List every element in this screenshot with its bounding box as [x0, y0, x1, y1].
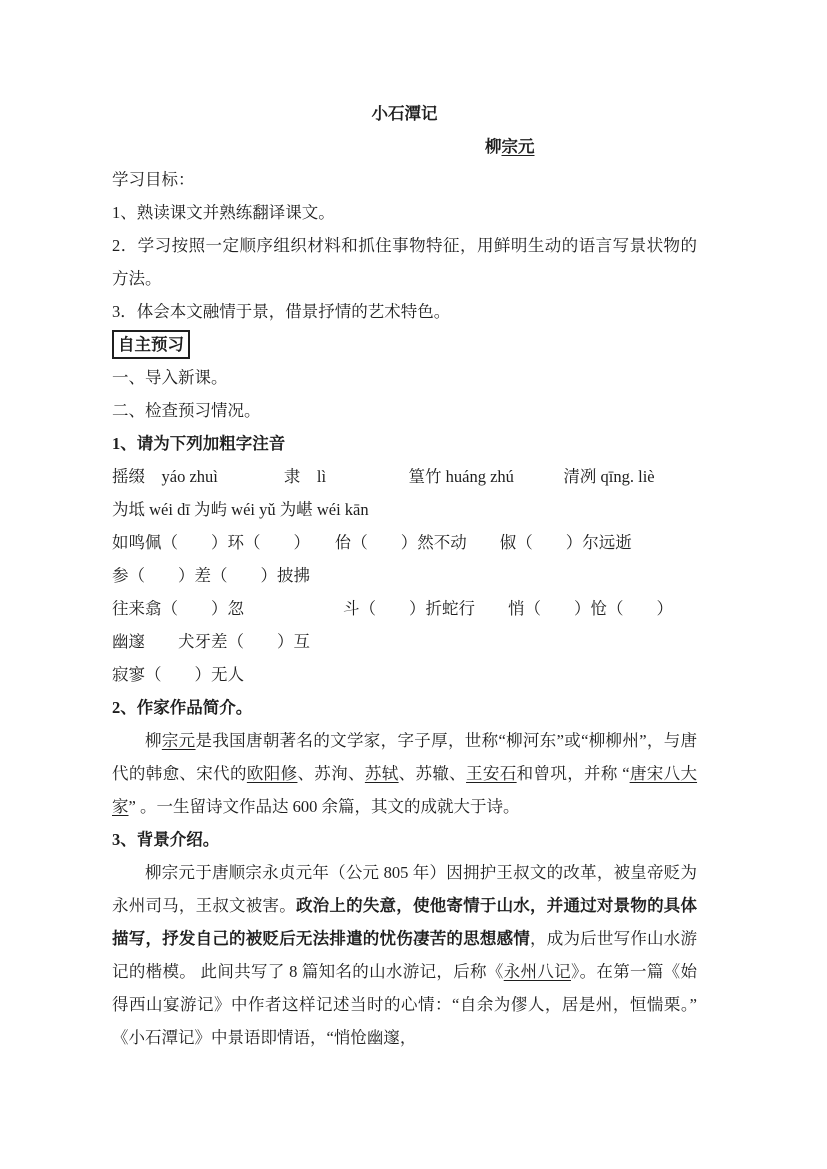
blank-line-4-run-0: 幽邃 犬牙差（ ）互	[112, 632, 310, 651]
objective-1: 1、熟读课文并熟练翻译课文。	[112, 196, 697, 229]
self-study-heading: 自主预习	[112, 328, 697, 361]
author-line: 柳宗元	[112, 130, 697, 163]
background-heading-run-0: 3、背景介绍。	[112, 830, 219, 849]
objectives-heading: 学习目标：	[112, 163, 697, 196]
author-intro-para-run-10: ” 。一生留诗文作品达 600 余篇，其文的成就大于诗。	[129, 797, 520, 816]
blank-line-1: 如鸣佩（ ）环（ ） 佁（ ）然不动 俶（ ）尔远逝	[112, 526, 697, 559]
blank-line-5: 寂寥（ ）无人	[112, 658, 697, 691]
author-intro-para-run-3: 欧阳修	[247, 764, 298, 783]
pinyin-line-2: 为坻 wéi dī 为屿 wéi yǔ 为嵁 wéi kān	[112, 493, 697, 526]
document-content: 小石潭记柳宗元学习目标：1、熟读课文并熟练翻译课文。2．学习按照一定顺序组织材料…	[112, 97, 697, 1054]
author-intro-para-run-0: 柳	[145, 731, 162, 750]
blank-line-5-run-0: 寂寥（ ）无人	[112, 665, 244, 684]
author-intro-para-run-4: 、苏洵、	[297, 764, 364, 783]
step-1: 一、导入新课。	[112, 361, 697, 394]
author-intro-para: 柳宗元是我国唐朝著名的文学家，字子厚，世称“柳河东”或“柳柳州”，与唐代的韩愈、…	[112, 724, 697, 823]
blank-line-2-run-0: 参（ ）差（ ）披拂	[112, 566, 310, 585]
objective-1-run-0: 1、熟读课文并熟练翻译课文。	[112, 203, 335, 222]
self-study-heading-run-0: 自主预习	[112, 330, 190, 359]
blank-line-3-run-0: 往来翕（ ）忽 斗（ ）折蛇行 悄（ ）怆（ ）	[112, 599, 673, 618]
blank-line-4: 幽邃 犬牙差（ ）互	[112, 625, 697, 658]
author-line-run-1: 宗元	[502, 137, 535, 156]
document-page: 小石潭记柳宗元学习目标：1、熟读课文并熟练翻译课文。2．学习按照一定顺序组织材料…	[0, 0, 827, 1169]
objective-3: 3．体会本文融情于景，借景抒情的艺术特色。	[112, 295, 697, 328]
author-intro-para-run-8: 和曾巩，并称 “	[517, 764, 630, 783]
author-intro-heading-run-0: 2、作家作品简介。	[112, 698, 252, 717]
pinyin-heading-run-0: 1、请为下列加粗字注音	[112, 434, 285, 453]
doc-title: 小石潭记	[112, 97, 697, 130]
pinyin-line-1: 摇缀 yáo zhuì 隶 lì 篁竹 huáng zhú 清冽 qīng. l…	[112, 460, 697, 493]
objective-2: 2．学习按照一定顺序组织材料和抓住事物特征，用鲜明生动的语言写景状物的方法。	[112, 229, 697, 295]
background-para-run-3: 永州八记	[504, 962, 571, 981]
pinyin-heading: 1、请为下列加粗字注音	[112, 427, 697, 460]
blank-line-2: 参（ ）差（ ）披拂	[112, 559, 697, 592]
step-1-run-0: 一、导入新课。	[112, 368, 228, 387]
step-2: 二、检查预习情况。	[112, 394, 697, 427]
author-line-run-0: 柳	[485, 137, 502, 156]
author-intro-para-run-7: 王安石	[466, 764, 517, 783]
author-intro-para-run-1: 宗元	[162, 731, 196, 750]
author-intro-para-run-5: 苏轼	[365, 764, 399, 783]
blank-line-3: 往来翕（ ）忽 斗（ ）折蛇行 悄（ ）怆（ ）	[112, 592, 697, 625]
author-intro-para-run-6: 、苏辙、	[399, 764, 466, 783]
author-intro-heading: 2、作家作品简介。	[112, 691, 697, 724]
pinyin-line-2-run-0: 为坻 wéi dī 为屿 wéi yǔ 为嵁 wéi kān	[112, 500, 369, 519]
step-2-run-0: 二、检查预习情况。	[112, 401, 261, 420]
pinyin-line-1-run-0: 摇缀 yáo zhuì 隶 lì 篁竹 huáng zhú 清冽 qīng. l…	[112, 467, 655, 486]
background-heading: 3、背景介绍。	[112, 823, 697, 856]
blank-line-1-run-0: 如鸣佩（ ）环（ ） 佁（ ）然不动 俶（ ）尔远逝	[112, 533, 632, 552]
objective-3-run-0: 3．体会本文融情于景，借景抒情的艺术特色。	[112, 302, 450, 321]
objectives-heading-run-0: 学习目标：	[112, 170, 195, 189]
doc-title-run-0: 小石潭记	[372, 104, 438, 123]
background-para: 柳宗元于唐顺宗永贞元年（公元 805 年）因拥护王叔文的改革，被皇帝贬为永州司马…	[112, 856, 697, 1054]
objective-2-run-0: 2．学习按照一定顺序组织材料和抓住事物特征，用鲜明生动的语言写景状物的方法。	[112, 236, 697, 288]
